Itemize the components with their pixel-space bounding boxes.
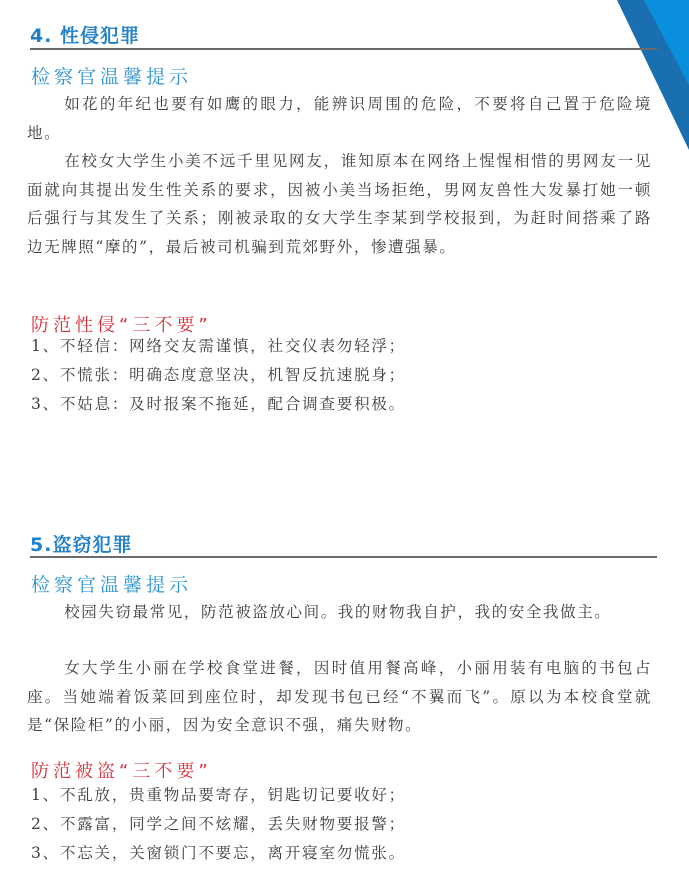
three-donts-list: 1、不乱放，贵重物品要寄存，钥匙切记要收好； 2、不露富，同学之间不炫耀，丢失财… (31, 781, 406, 868)
case-paragraph: 女大学生小丽在学校食堂进餐，因时值用餐高峰，小丽用装有电脑的书包占座。当她端着饭… (27, 654, 652, 740)
three-donts-list: 1、不轻信：网络交友需谨慎，社交仪表勿轻浮； 2、不慌张：明确态度意坚决，机智反… (31, 332, 406, 419)
intro-paragraph: 校园失窃最常见，防范被盗放心间。我的财物我自护，我的安全我做主。 (27, 598, 652, 627)
rule-item: 2、不慌张：明确态度意坚决，机智反抗速脱身； (31, 361, 406, 390)
three-donts-heading: 防范被盗“三不要” (31, 757, 212, 783)
section-divider (30, 556, 657, 558)
prosecutor-tip-heading: 检察官温馨提示 (31, 62, 192, 89)
intro-paragraph: 如花的年纪也要有如鹰的眼力，能辨识周围的危险，不要将自己置于危险境地。 (27, 90, 652, 147)
case-paragraph: 在校女大学生小美不远千里见网友，谁知原本在网络上惺惺相惜的男网友一见面就向其提出… (27, 147, 652, 261)
rule-item: 3、不姑息：及时报案不拖延，配合调查要积极。 (31, 390, 406, 419)
rule-item: 3、不忘关，关窗锁门不要忘，离开寝室勿慌张。 (31, 839, 406, 868)
section-title: 5.盗窃犯罪 (30, 530, 132, 557)
section-divider (30, 48, 657, 50)
rule-item: 2、不露富，同学之间不炫耀，丢失财物要报警； (31, 810, 406, 839)
section-title: 4. 性侵犯罪 (30, 21, 140, 48)
rule-item: 1、不乱放，贵重物品要寄存，钥匙切记要收好； (31, 781, 406, 810)
prosecutor-tip-heading: 检察官温馨提示 (31, 570, 192, 597)
rule-item: 1、不轻信：网络交友需谨慎，社交仪表勿轻浮； (31, 332, 406, 361)
